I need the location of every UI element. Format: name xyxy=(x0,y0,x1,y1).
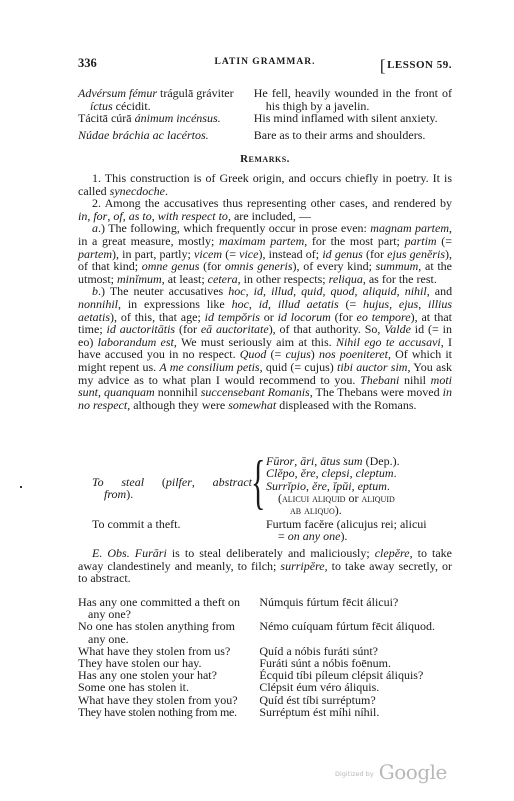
lesson-label: [LESSON 59. xyxy=(380,56,452,76)
remark-2b: b.) The neuter accusatives hoc, id, illu… xyxy=(78,285,452,411)
example-row: Núdae bráchia ac lacértos. Bare as to th… xyxy=(78,129,452,142)
example-list: Advérsum fémur trágulā gráviter íctus cé… xyxy=(78,87,452,141)
remarks-body: 1. This construction is of Greek origin,… xyxy=(78,172,452,411)
exercise-row: Some one has stolen it.Clépsit éum véro … xyxy=(78,681,452,693)
remark-1: 1. This construction is of Greek origin,… xyxy=(78,172,452,197)
google-watermark: Digitized by Google xyxy=(335,760,447,784)
vocab-theft-form: Furtum facĕre (alicujus rei; alicui = on… xyxy=(266,518,452,543)
exercise-row: Has any one committed a theft on any one… xyxy=(78,596,452,620)
example-row: Tácitā cúrā ánimum incénsus. His mind in… xyxy=(78,112,452,125)
example-latin: Advérsum fémur trágulā gráviter íctus cé… xyxy=(78,87,254,112)
exercise-row: They have stolen nothing from me.Surrépt… xyxy=(78,706,452,718)
example-english: His mind inflamed with silent anxiety. xyxy=(254,112,452,125)
exercise-row: No one has stolen anything from any one.… xyxy=(78,620,452,644)
vocab-theft-label: To commit a theft. xyxy=(92,518,180,530)
remark-2: 2. Among the accusatives thus representi… xyxy=(78,197,452,222)
running-header: 336 LATIN GRAMMAR. [LESSON 59. xyxy=(78,56,452,72)
example-english: Bare as to their arms and shoulders. xyxy=(254,129,452,142)
example-latin: Tácitā cúrā ánimum incénsus. xyxy=(78,112,254,125)
example-english: He fell, heavily wounded in the front of… xyxy=(254,87,452,112)
remarks-heading: Remarks. xyxy=(78,153,452,165)
exercise-row: What have they stolen from you?Quíd ést … xyxy=(78,694,452,706)
brace-glyph: { xyxy=(251,454,265,510)
example-latin: Núdae bráchia ac lacértos. xyxy=(78,129,254,142)
vocab-steal-forms: Fūror, āri, ātus sum (Dep.). Clĕpo, ĕre,… xyxy=(266,455,452,516)
vocab-steal-label: To steal (pilfer, abstract from). xyxy=(92,476,252,501)
observation: E. Obs. Furāri is to steal deliberately … xyxy=(78,547,452,585)
remark-2a: a.) The following, which frequently occu… xyxy=(78,222,452,285)
stray-mark xyxy=(20,486,22,488)
exercise-list: Has any one committed a theft on any one… xyxy=(78,596,452,718)
google-logo-text: Google xyxy=(379,760,447,784)
example-row: Advérsum fémur trágulā gráviter íctus cé… xyxy=(78,87,452,112)
